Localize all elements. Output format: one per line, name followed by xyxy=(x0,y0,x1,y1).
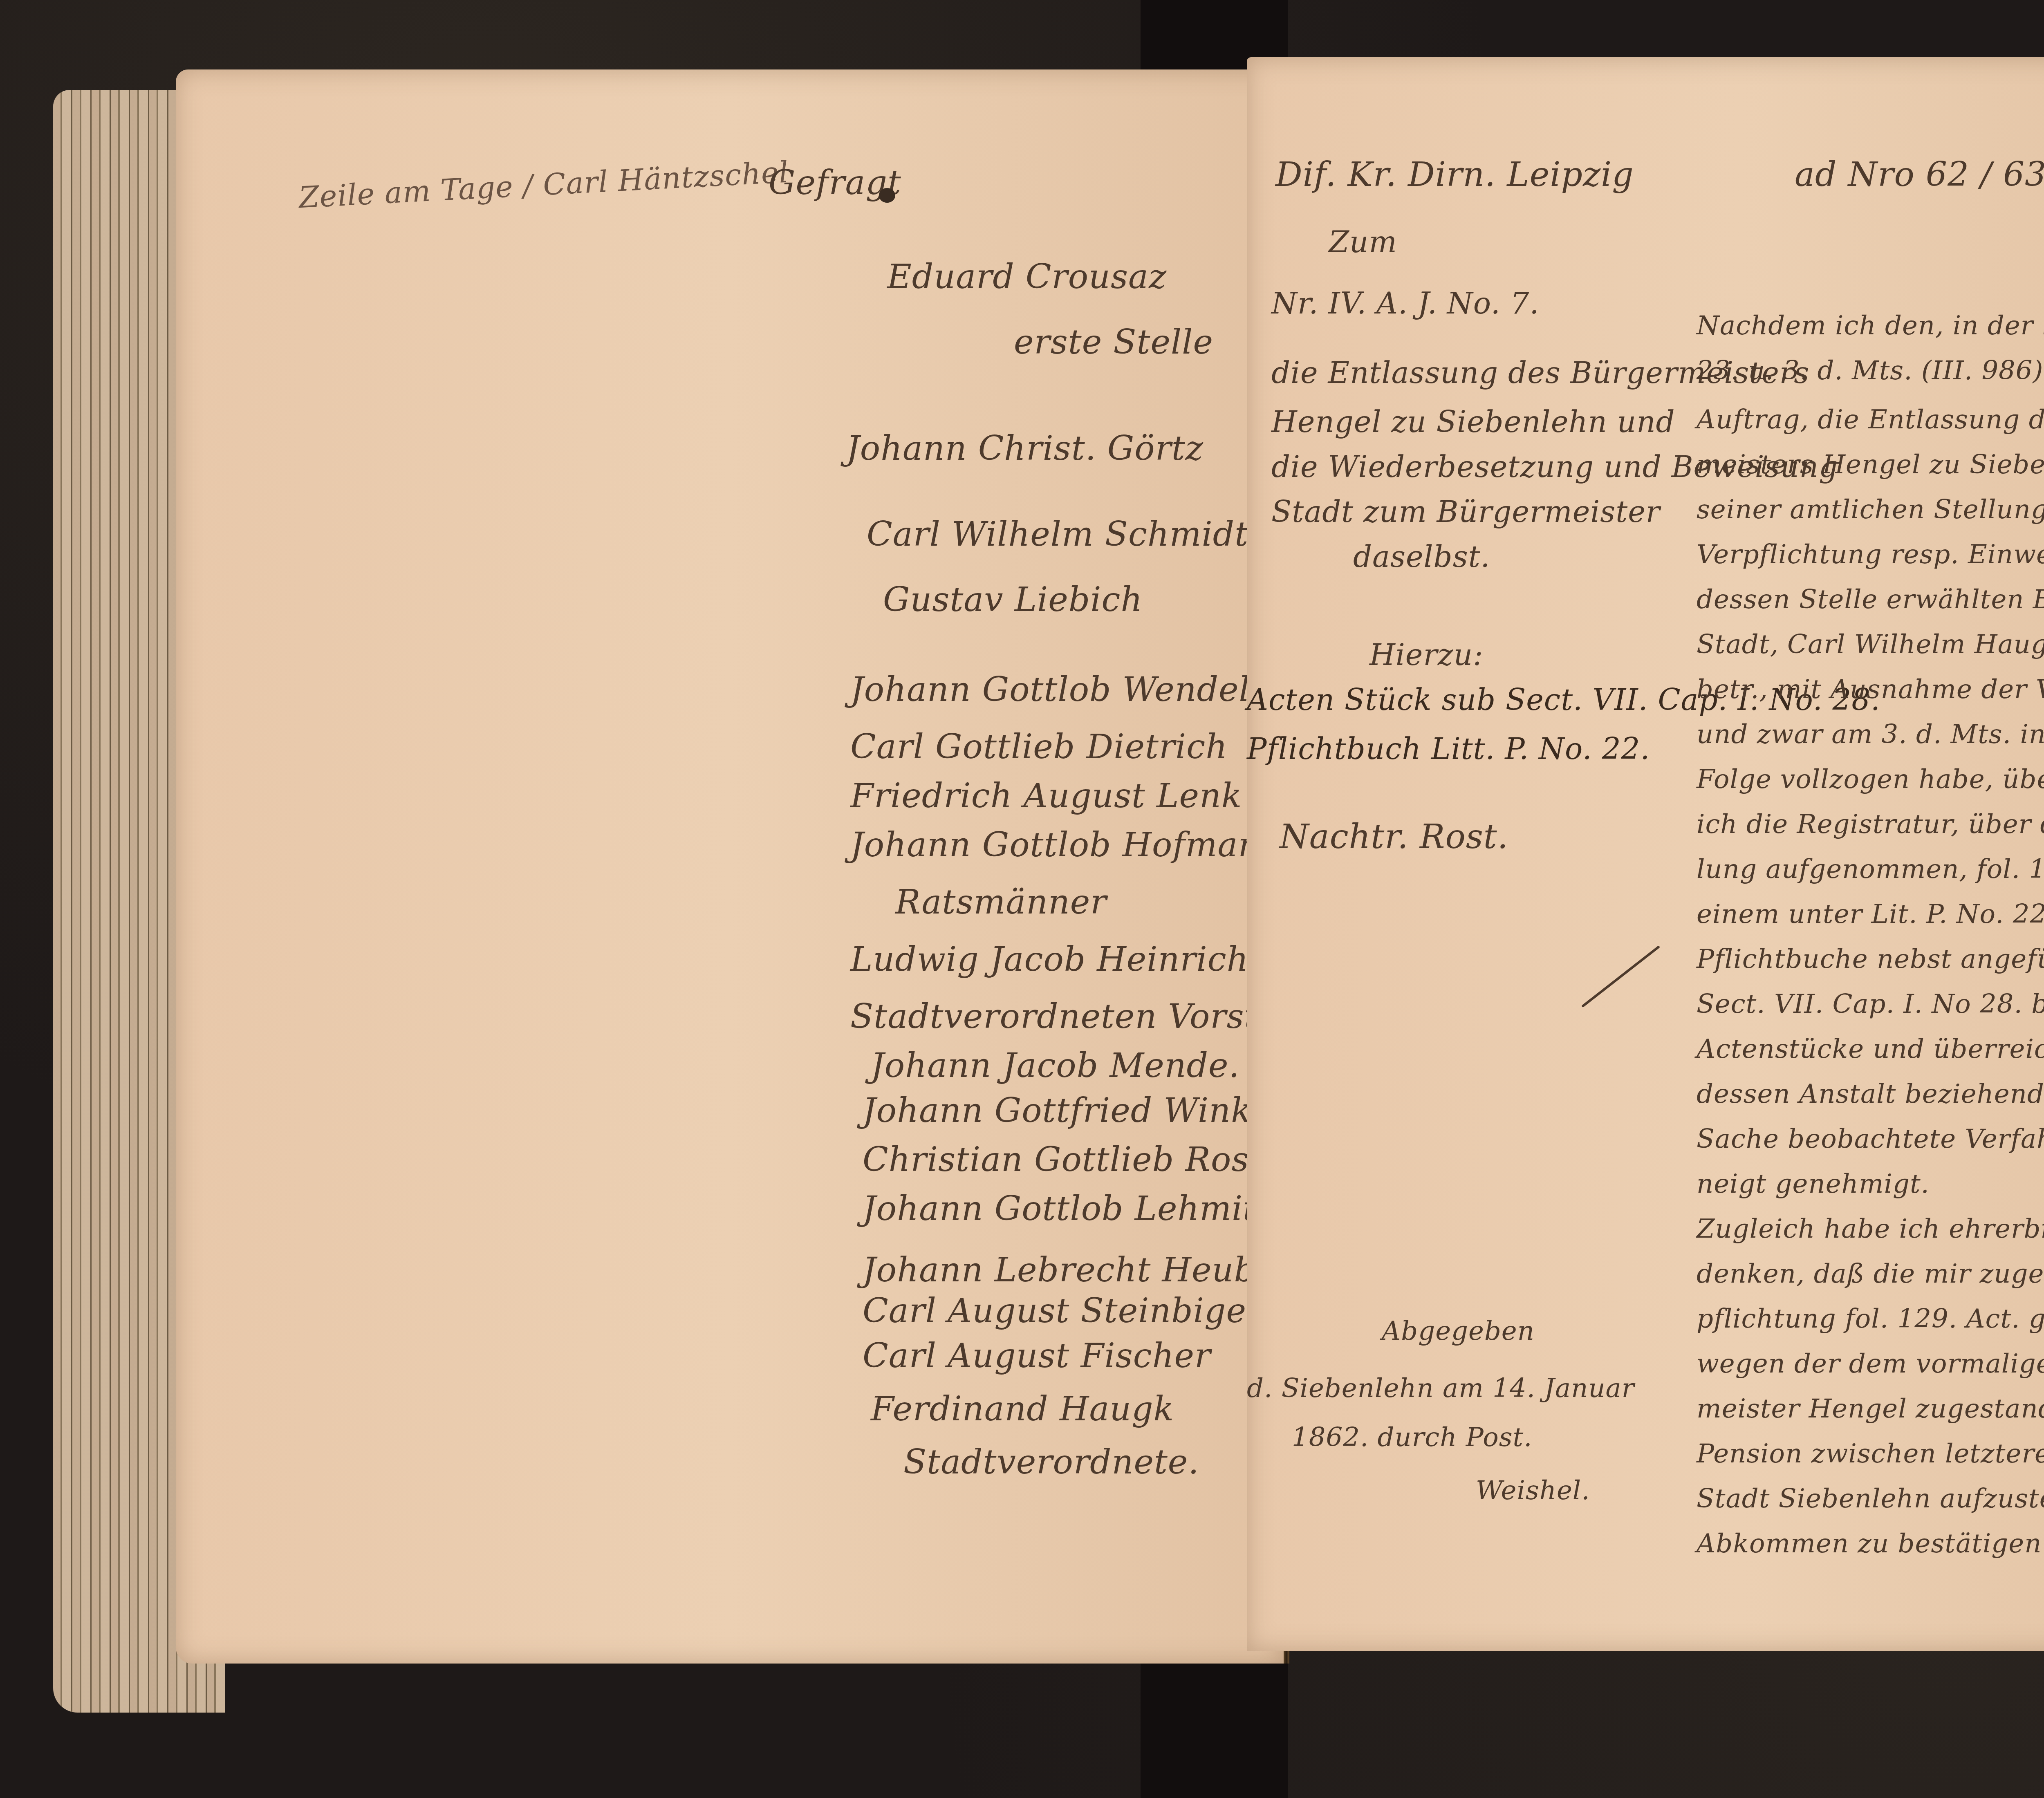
signature: Johann Gottlob Lehmitz. xyxy=(863,1189,1286,1228)
signature: Johann Gottfried Winkler xyxy=(863,1091,1300,1130)
body-line: Nachdem ich den, in der h. Verordnung vo… xyxy=(1697,311,2044,341)
signature: Friedrich August Lenk xyxy=(850,777,1242,815)
body-line: meisters Hengel zu Siebenlehn aus xyxy=(1697,450,2044,480)
signature: Johann Christ. Görtz xyxy=(846,429,1204,468)
margin-reference: ad Nro 62 / 63. xyxy=(1795,155,2044,194)
header-sub: Zum xyxy=(1329,225,1397,259)
body-line: Zugleich habe ich ehrerbietigst zu ge- xyxy=(1697,1214,2044,1244)
subject-line: Stadt zum Bürgermeister xyxy=(1271,495,1660,529)
closing-signature: Weishel. xyxy=(1476,1476,1590,1506)
subject-line: daselbst. xyxy=(1353,540,1490,574)
pen-stroke xyxy=(1581,945,1660,1008)
body-line: pflichtung fol. 129. Act. geleisteten xyxy=(1697,1304,2044,1334)
body-line: Pflichtbuche nebst angefügten Acten. xyxy=(1697,944,2044,974)
body-line: Actenstücke und überreiche, daß auf xyxy=(1697,1034,2044,1064)
heading-line-1: Eduard Crousaz xyxy=(887,257,1167,296)
signature: Ferdinand Haugk xyxy=(871,1390,1174,1429)
body-line: einem unter Lit. P. No. 22. befindlichen xyxy=(1697,899,2044,929)
heading-line-2: erste Stelle xyxy=(1014,323,1213,362)
body-line: Auftrag, die Entlassung des Bürger- xyxy=(1697,405,2044,435)
signature-rost: Nachtr. Rost. xyxy=(1280,817,1508,856)
body-line: wegen der dem vormaligen Bürger- xyxy=(1697,1349,2044,1379)
body-line: Abkommen zu bestätigen wenn ich Ihnen. xyxy=(1697,1529,2044,1559)
subject-line: Hengel zu Siebenlehn und xyxy=(1271,405,1675,439)
left-page: Zeile am Tage / Carl Häntzschel Gefragt … xyxy=(176,69,1284,1664)
body-line: dessen Anstalt beziehend, daß in der xyxy=(1697,1079,2044,1109)
body-line: Sect. VII. Cap. I. No 28. befindlichen A… xyxy=(1697,989,2044,1019)
right-page: 131. Dif. Kr. Dirn. Leipzig Zum Nr. IV. … xyxy=(1247,57,2044,1651)
body-line: Verpflichtung resp. Einweisung des an xyxy=(1697,540,2044,570)
body-line: lung aufgenommen, fol. 125. etc. nebst xyxy=(1697,854,2044,884)
body-line: betr., mit Ausnahme der Verpflichtung xyxy=(1697,674,2044,705)
signature: Carl August Steinbigel xyxy=(863,1292,1257,1330)
body-line: Sache beobachtete Verfahren hochge- xyxy=(1697,1124,2044,1154)
closing-line: 1862. durch Post. xyxy=(1292,1422,1533,1453)
signature: Gustav Liebich xyxy=(883,580,1143,619)
body-line: Stadt, Carl Wilhelm Haugk daselbst xyxy=(1697,629,2044,660)
hierzu-label: Hierzu: xyxy=(1369,638,1483,672)
open-book: Zeile am Tage / Carl Häntzschel Gefragt … xyxy=(53,45,2044,1774)
closing-line: d. Siebenlehn am 14. Januar xyxy=(1247,1373,1634,1404)
body-line: dessen Stelle erwählten Bürgermeisters xyxy=(1697,584,2044,615)
body-line: 23. u. 3. d. Mts. (III. 986) mir zugewen… xyxy=(1697,356,2044,386)
signature: Johann Gottlob Wendel xyxy=(850,670,1250,709)
ink-blot xyxy=(879,188,895,203)
body-line: Stadt Siebenlehn aufzustellen billigst xyxy=(1697,1484,2044,1514)
closing-label: Abgegeben xyxy=(1382,1316,1535,1346)
signature: Ludwig Jacob Heinrich xyxy=(850,940,1249,979)
body-line: ich die Registratur, über diesen Hand- xyxy=(1697,809,2044,840)
header-left: Dif. Kr. Dirn. Leipzig xyxy=(1275,155,1634,194)
body-line: neigt genehmigt. xyxy=(1697,1169,1930,1199)
section-label-stadtverordnete: Stadtverordnete. xyxy=(903,1443,1199,1482)
signature: Christian Gottlieb Rost xyxy=(863,1140,1263,1179)
body-line: seiner amtlichen Stellung und die xyxy=(1697,495,2044,525)
reference-number: Nr. IV. A. J. No. 7. xyxy=(1271,286,1539,320)
body-line: Pension zwischen letzterem und der xyxy=(1697,1439,2044,1469)
body-line: meister Hengel zugestandenen xyxy=(1697,1394,2044,1424)
signature: Carl Wilhelm Schmidt xyxy=(867,515,1248,554)
section-label-ratsmaenner: Ratsmänner xyxy=(895,883,1107,922)
signature: Carl August Fischer xyxy=(863,1337,1211,1375)
hierzu-ref: Pflichtbuch Litt. P. No. 22. xyxy=(1247,732,1650,766)
signature: Johann Jacob Mende. xyxy=(871,1046,1240,1085)
body-line: und zwar am 3. d. Mts. in gehorsamer xyxy=(1697,719,2044,750)
signature: Johann Gottlob Hofmann xyxy=(850,826,1282,864)
signature: Carl Gottlieb Dietrich xyxy=(850,728,1228,766)
top-annotation: Zeile am Tage / Carl Häntzschel xyxy=(298,155,790,215)
body-line: Folge vollzogen habe, überreiche xyxy=(1697,764,2044,795)
body-line: denken, daß die mir zugestellte Ver- xyxy=(1697,1259,2044,1289)
